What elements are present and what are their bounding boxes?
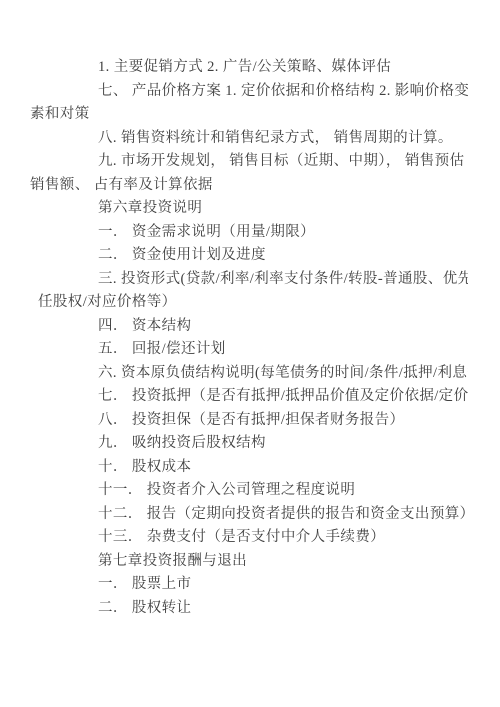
text-line: 四． 资本结构 — [30, 315, 468, 339]
text-line: 销售额、 占有率及计算依据 — [30, 174, 468, 198]
chapter-heading: 第七章投资报酬与退出 — [30, 550, 468, 574]
text-line: 七、 产品价格方案 1. 定价依据和价格结构 2. 影响价格变化的因 — [30, 80, 468, 104]
chapter-heading: 第六章投资说明 — [30, 197, 468, 221]
text-line: 十二． 报告（定期向投资者提供的报告和资金支出预算） — [30, 503, 468, 527]
text-line: 素和对策 — [30, 103, 468, 127]
text-line: 二． 资金使用计划及进度 — [30, 244, 468, 268]
text-line: 十． 股权成本 — [30, 456, 468, 480]
document-body: 1. 主要促销方式 2. 广告/公关策略、媒体评估 七、 产品价格方案 1. 定… — [30, 56, 468, 620]
text-line: 一． 股票上市 — [30, 573, 468, 597]
text-line: 十一． 投资者介入公司管理之程度说明 — [30, 479, 468, 503]
text-line: 二． 股权转让 — [30, 597, 468, 621]
text-line: 八． 投资担保（是否有抵押/担保者财务报告） — [30, 409, 468, 433]
document-page: 1. 主要促销方式 2. 广告/公关策略、媒体评估 七、 产品价格方案 1. 定… — [0, 0, 500, 707]
text-line: 九． 吸纳投资后股权结构 — [30, 432, 468, 456]
text-line: 三. 投资形式(贷款/利率/利率支付条件/转股-普通股、优先股、 — [30, 268, 468, 292]
text-line: 十三． 杂费支付（是否支付中介人手续费） — [30, 526, 468, 550]
text-line: 一． 资金需求说明（用量/期限） — [30, 221, 468, 245]
text-line: 六. 资本原负债结构说明(每笔债务的时间/条件/抵押/利息等) — [30, 362, 468, 386]
text-line: 任股权/对应价格等） — [30, 291, 468, 315]
text-line: 九. 市场开发规划， 销售目标（近期、中期）， 销售预估（3-5 年） — [30, 150, 468, 174]
text-line: 五． 回报/偿还计划 — [30, 338, 468, 362]
text-line: 1. 主要促销方式 2. 广告/公关策略、媒体评估 — [30, 56, 468, 80]
text-line: 七． 投资抵押（是否有抵押/抵押品价值及定价依据/定价凭证） — [30, 385, 468, 409]
text-line: 八. 销售资料统计和销售纪录方式， 销售周期的计算。 — [30, 127, 468, 151]
